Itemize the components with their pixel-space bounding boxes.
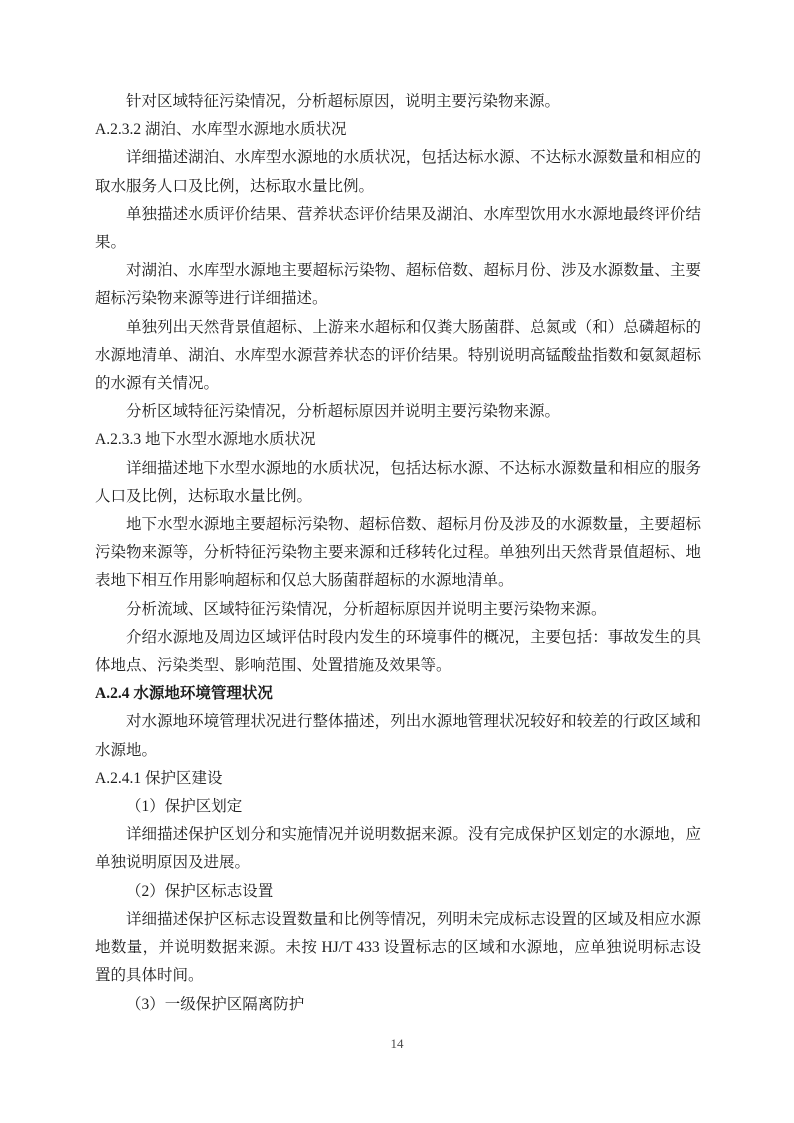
paragraph: 分析流域、区域特征污染情况，分析超标原因并说明主要污染物来源。 bbox=[95, 596, 701, 624]
list-item-2: （2）保护区标志设置 bbox=[95, 878, 701, 906]
paragraph: 介绍水源地及周边区域评估时段内发生的环境事件的概况，主要包括：事故发生的具体地点… bbox=[95, 624, 701, 680]
paragraph: 地下水型水源地主要超标污染物、超标倍数、超标月份及涉及的水源数量，主要超标污染物… bbox=[95, 511, 701, 596]
page-number: 14 bbox=[0, 1036, 794, 1052]
paragraph: 对水源地环境管理状况进行整体描述，列出水源地管理状况较好和较差的行政区域和水源地… bbox=[95, 708, 701, 764]
section-heading-a2-4: A.2.4 水源地环境管理状况 bbox=[95, 680, 701, 708]
paragraph: 详细描述湖泊、水库型水源地的水质状况，包括达标水源、不达标水源数量和相应的取水服… bbox=[95, 144, 701, 200]
document-body: 针对区域特征污染情况，分析超标原因，说明主要污染物来源。 A.2.3.2 湖泊、… bbox=[95, 88, 701, 1019]
paragraph: 单独描述水质评价结果、营养状态评价结果及湖泊、水库型饮用水水源地最终评价结果。 bbox=[95, 201, 701, 257]
paragraph: 单独列出天然背景值超标、上游来水超标和仅粪大肠菌群、总氮或（和）总磷超标的水源地… bbox=[95, 314, 701, 399]
paragraph: 详细描述保护区划分和实施情况并说明数据来源。没有完成保护区划定的水源地，应单独说… bbox=[95, 821, 701, 877]
paragraph: 针对区域特征污染情况，分析超标原因，说明主要污染物来源。 bbox=[95, 88, 701, 116]
section-heading-a2-3-2: A.2.3.2 湖泊、水库型水源地水质状况 bbox=[95, 116, 701, 144]
list-item-1: （1）保护区划定 bbox=[95, 793, 701, 821]
paragraph: 分析区域特征污染情况，分析超标原因并说明主要污染物来源。 bbox=[95, 398, 701, 426]
paragraph: 详细描述保护区标志设置数量和比例等情况，列明未完成标志设置的区域及相应水源地数量… bbox=[95, 906, 701, 991]
section-heading-a2-3-3: A.2.3.3 地下水型水源地水质状况 bbox=[95, 426, 701, 454]
paragraph: 对湖泊、水库型水源地主要超标污染物、超标倍数、超标月份、涉及水源数量、主要超标污… bbox=[95, 257, 701, 313]
section-heading-a2-4-1: A.2.4.1 保护区建设 bbox=[95, 765, 701, 793]
list-item-3: （3）一级保护区隔离防护 bbox=[95, 991, 701, 1019]
paragraph: 详细描述地下水型水源地的水质状况，包括达标水源、不达标水源数量和相应的服务人口及… bbox=[95, 455, 701, 511]
document-page: 针对区域特征污染情况，分析超标原因，说明主要污染物来源。 A.2.3.2 湖泊、… bbox=[0, 0, 794, 1123]
